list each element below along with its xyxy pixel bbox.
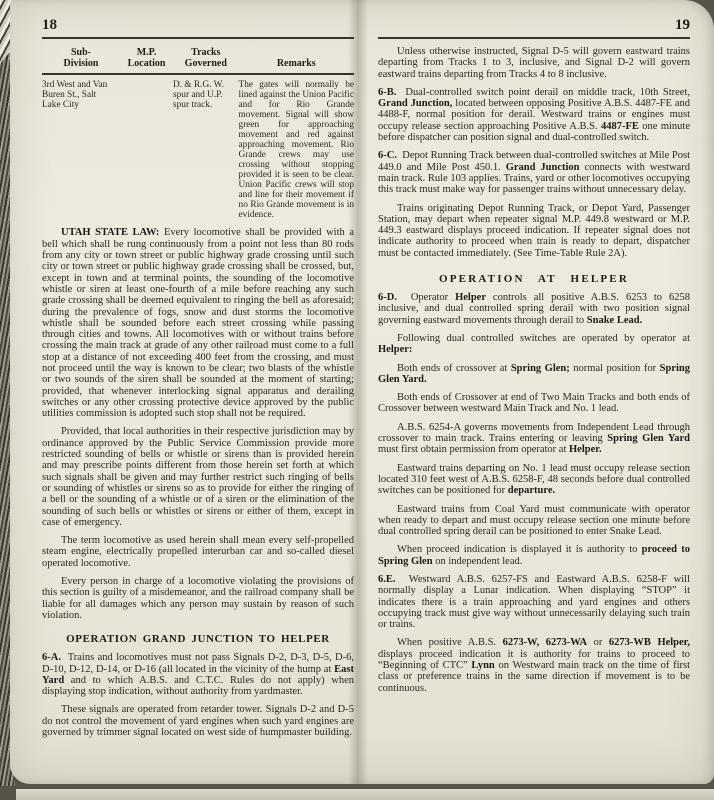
- text-run: Helper:: [378, 344, 412, 355]
- paragraph-eastward-no1-lead: Eastward trains departing on No. 1 lead …: [378, 463, 690, 497]
- text-run: or: [587, 637, 609, 648]
- text-run: Lynn: [471, 660, 494, 671]
- col-header-remarks: Remarks: [239, 58, 354, 69]
- text-run: Spring Glen Yard: [607, 433, 690, 444]
- crossing-signals-table: Sub- Division M.P. Location Tracks Gover…: [42, 44, 354, 220]
- paragraph-these-signals: These signals are operated from retarder…: [42, 704, 354, 738]
- text-run: Helper.: [569, 444, 602, 455]
- table-header-row: Sub- Division M.P. Location Tracks Gover…: [42, 44, 354, 75]
- text-run: Helper,: [657, 637, 690, 648]
- text-run: Trains originating Depot Running Track, …: [378, 203, 690, 259]
- text-run: Every person in charge of a locomotive v…: [42, 576, 354, 621]
- text-run: The term locomotive as used herein shall…: [42, 535, 354, 569]
- cell-remarks: The gates will normally be lined against…: [239, 80, 354, 220]
- paragraph-utah-state-law: UTAH STATE LAW: Every locomotive shall b…: [42, 227, 354, 419]
- text-run: When proceed indication is displayed it …: [397, 544, 642, 555]
- section-heading-operation-at-helper: OPERATION AT HELPER: [378, 273, 690, 285]
- text-run: 6.E.: [378, 574, 396, 585]
- text-run: Grand Junction,: [378, 98, 452, 109]
- paragraph-item-6d: 6-D. Operator Helper controls all positi…: [378, 292, 690, 326]
- text-run: 6273-WB: [609, 637, 651, 648]
- text-run: 6273-W, 6273-WA: [503, 637, 588, 648]
- section-heading-grand-junction-to-helper: OPERATION GRAND JUNCTION TO HELPER: [42, 633, 354, 645]
- text-run: Both ends of crossover at: [397, 363, 511, 374]
- text-run: Snake Lead.: [587, 315, 642, 326]
- paragraph-following-switches: Following dual controlled switches are o…: [378, 333, 690, 356]
- paragraph-every-person: Every person in charge of a locomotive v…: [42, 576, 354, 621]
- paragraph-abs-6254a: A.B.S. 6254-A governs movements from Ind…: [378, 422, 690, 456]
- text-run: Operator: [397, 292, 455, 303]
- text-run: Both ends of Crossover at end of Two Mai…: [378, 392, 690, 414]
- paragraph-when-proceed: When proceed indication is displayed it …: [378, 544, 690, 567]
- open-booklet: 18 Sub- Division M.P. Location Tracks Go…: [10, 0, 714, 784]
- paragraph-both-ends-crossover: Both ends of crossover at Spring Glen; n…: [378, 363, 690, 386]
- text-run: Helper: [455, 292, 486, 303]
- text-run: 6-A.: [42, 652, 61, 663]
- text-run: normal position for: [570, 363, 660, 374]
- paragraph-trains-originating: Trains originating Depot Running Track, …: [378, 203, 690, 259]
- top-rule-right: [378, 37, 690, 39]
- text-run: 6-C.: [378, 150, 397, 161]
- text-run: Every locomotive shall be provided with …: [42, 227, 354, 419]
- paragraph-provided-local-authorities: Provided, that local authorities in thei…: [42, 426, 354, 528]
- under-page-edge: [16, 789, 714, 800]
- text-run: Trains and locomotives must not pass Sig…: [42, 652, 354, 674]
- text-run: These signals are operated from retarder…: [42, 704, 354, 738]
- paragraph-item-6a: 6-A. Trains and locomotives must not pas…: [42, 652, 354, 697]
- paragraph-eastward-coal-yard: Eastward trains from Coal Yard must comm…: [378, 504, 690, 538]
- text-run: and to which A.B.S. and C.T.C. Rules do …: [42, 675, 354, 697]
- paragraph-item-6c: 6-C. Depot Running Track between dual-co…: [378, 150, 690, 195]
- cell-tracks-governed: D. & R.G. W. spur and U.P. spur track.: [173, 80, 239, 220]
- text-run: Spring Glen;: [511, 363, 570, 374]
- table-row: 3rd West and Van Buren St., Salt Lake Ci…: [42, 75, 354, 220]
- paragraph-when-positive: When positive A.B.S. 6273-W, 6273-WA or …: [378, 637, 690, 693]
- col-header-mp-location: M.P. Location: [120, 47, 173, 69]
- paragraph-item-6b: 6-B. Dual-controlled switch point derail…: [378, 87, 690, 143]
- page-number-right: 19: [378, 17, 690, 34]
- col-header-sub-division: Sub- Division: [42, 47, 120, 69]
- text-run: Following dual controlled switches are o…: [397, 333, 690, 344]
- page-18: 18 Sub- Division M.P. Location Tracks Go…: [42, 0, 354, 738]
- paragraph-unless-instructed: Unless otherwise instructed, Signal D-5 …: [378, 46, 690, 80]
- text-run: Provided, that local authorities in thei…: [42, 426, 354, 527]
- page-number-left: 18: [42, 17, 354, 34]
- text-run: 4487-FE: [601, 121, 639, 132]
- page-19: 19 Unless otherwise instructed, Signal D…: [378, 0, 690, 694]
- text-run: Dual-controlled switch point derail on m…: [396, 87, 690, 98]
- text-run: must first obtain permission from operat…: [378, 444, 569, 455]
- text-run: 6-B.: [378, 87, 396, 98]
- text-run: Westward A.B.S. 6257-FS and Eastward A.B…: [378, 574, 690, 630]
- book-scan: 18 Sub- Division M.P. Location Tracks Go…: [0, 0, 714, 800]
- text-run: Grand Junction: [506, 162, 580, 173]
- text-run: UTAH STATE LAW:: [61, 227, 159, 238]
- text-run: departure.: [508, 485, 555, 496]
- paragraph-term-locomotive: The term locomotive as used herein shall…: [42, 535, 354, 569]
- text-run: When positive A.B.S.: [397, 637, 503, 648]
- paragraph-item-6e: 6.E. Westward A.B.S. 6257-FS and Eastwar…: [378, 574, 690, 630]
- text-run: Unless otherwise instructed, Signal D-5 …: [378, 46, 690, 80]
- text-run: on independent lead.: [433, 556, 523, 567]
- cell-mp-location: [120, 80, 173, 220]
- paragraph-both-ends-two-main: Both ends of Crossover at end of Two Mai…: [378, 392, 690, 415]
- cell-sub-division: 3rd West and Van Buren St., Salt Lake Ci…: [42, 80, 120, 220]
- text-run: Eastward trains from Coal Yard must comm…: [378, 504, 690, 538]
- text-run: 6-D.: [378, 292, 397, 303]
- col-header-tracks-governed: Tracks Governed: [173, 47, 239, 69]
- top-rule-left: [42, 37, 354, 39]
